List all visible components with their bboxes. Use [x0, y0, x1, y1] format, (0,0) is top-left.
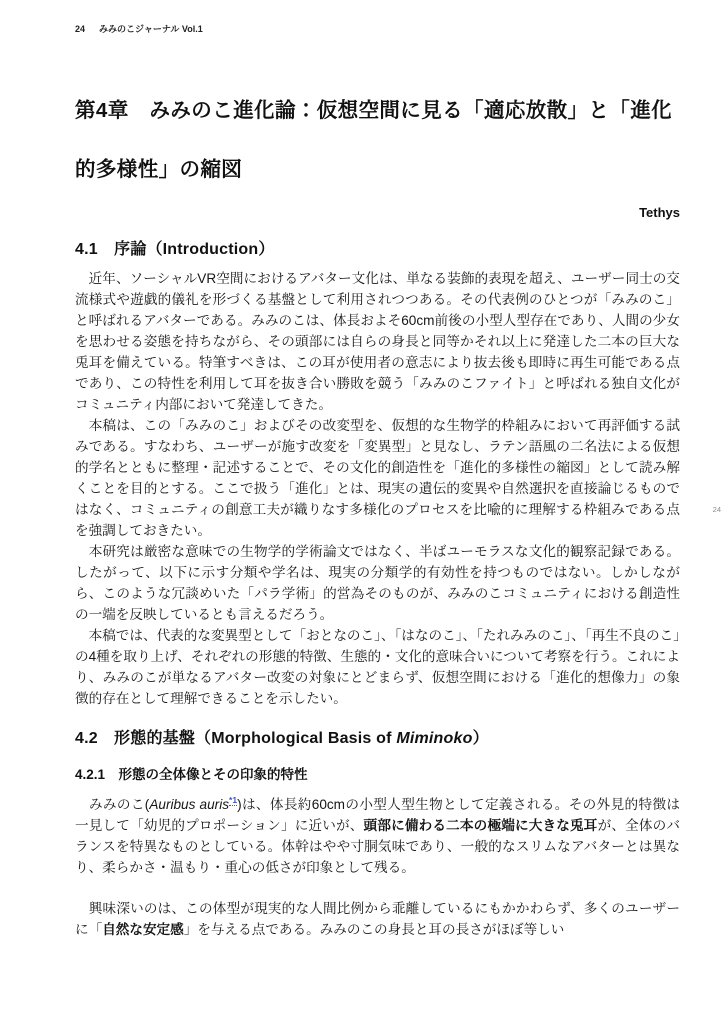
- author-name: Tethys: [75, 205, 680, 220]
- text-run: みみのこ(: [75, 797, 149, 812]
- section-heading: 4.2 形態的基盤（Morphological Basis of Miminok…: [75, 725, 680, 748]
- document-page: 24 みみのこジャーナル Vol.1 第4章 みみのこ進化論：仮想空間に見る「適…: [0, 0, 726, 1024]
- header-journal-title: みみのこジャーナル Vol.1: [99, 22, 203, 35]
- paragraph: 興味深いのは、この体型が現実的な人間比例から乖離しているにもかかわらず、多くのユ…: [75, 898, 680, 940]
- chapter-title: 第4章 みみのこ進化論：仮想空間に見る「適応放散」と「進化的多様性」の縮図: [75, 81, 680, 199]
- header-page-number: 24: [75, 24, 85, 34]
- text-run: ）: [473, 730, 489, 747]
- text-run: Auribus auris: [149, 797, 229, 812]
- paragraph: 本稿は、この「みみのこ」およびその改変型を、仮想的な生物学的枠組みにおいて再評価…: [75, 415, 680, 541]
- paragraph: みみのこ(Auribus auris*1)は、体長約60cmの小型人型生物として…: [75, 794, 680, 878]
- text-run: 近年、ソーシャルVR空間におけるアバター文化は、単なる装飾的表現を超え、ユーザー…: [75, 271, 680, 412]
- paragraph: 近年、ソーシャルVR空間におけるアバター文化は、単なる装飾的表現を超え、ユーザー…: [75, 268, 680, 415]
- text-run: 」を与える点である。みみのこの身長と耳の長さがほぼ等しい: [184, 922, 565, 937]
- paragraph: 本稿では、代表的な変異型として「おとなのこ」、「はなのこ」、「たれみみのこ」、「…: [75, 625, 680, 709]
- text-run: 本稿では、代表的な変異型として「おとなのこ」、「はなのこ」、「たれみみのこ」、「…: [75, 628, 680, 706]
- text-run: Miminoko: [396, 730, 472, 747]
- text-run: 4.1 序論（Introduction）: [75, 241, 275, 258]
- text-run: 自然な安定感: [102, 922, 184, 937]
- text-run: 本稿は、この「みみのこ」およびその改変型を、仮想的な生物学的枠組みにおいて再評価…: [75, 418, 680, 538]
- paragraph: 本研究は厳密な意味での生物学的学術論文ではなく、半ばユーモラスな文化的観察記録で…: [75, 541, 680, 625]
- running-head: 24 みみのこジャーナル Vol.1: [75, 22, 680, 35]
- text-run: 4.2 形態的基盤（Morphological Basis of: [75, 730, 396, 747]
- margin-page-number: 24: [713, 505, 721, 514]
- footnote-ref-1[interactable]: *1: [229, 795, 237, 806]
- article-body: 4.1 序論（Introduction） 近年、ソーシャルVR空間におけるアバタ…: [75, 236, 680, 940]
- text-run: 4.2.1 形態の全体像とその印象的特性: [75, 767, 308, 782]
- section-heading: 4.1 序論（Introduction）: [75, 236, 680, 259]
- text-run: 本研究は厳密な意味での生物学的学術論文ではなく、半ばユーモラスな文化的観察記録で…: [75, 544, 680, 622]
- subsection-heading: 4.2.1 形態の全体像とその印象的特性: [75, 763, 680, 783]
- text-run: 頭部に備わる二本の極端に大きな兎耳: [364, 818, 598, 833]
